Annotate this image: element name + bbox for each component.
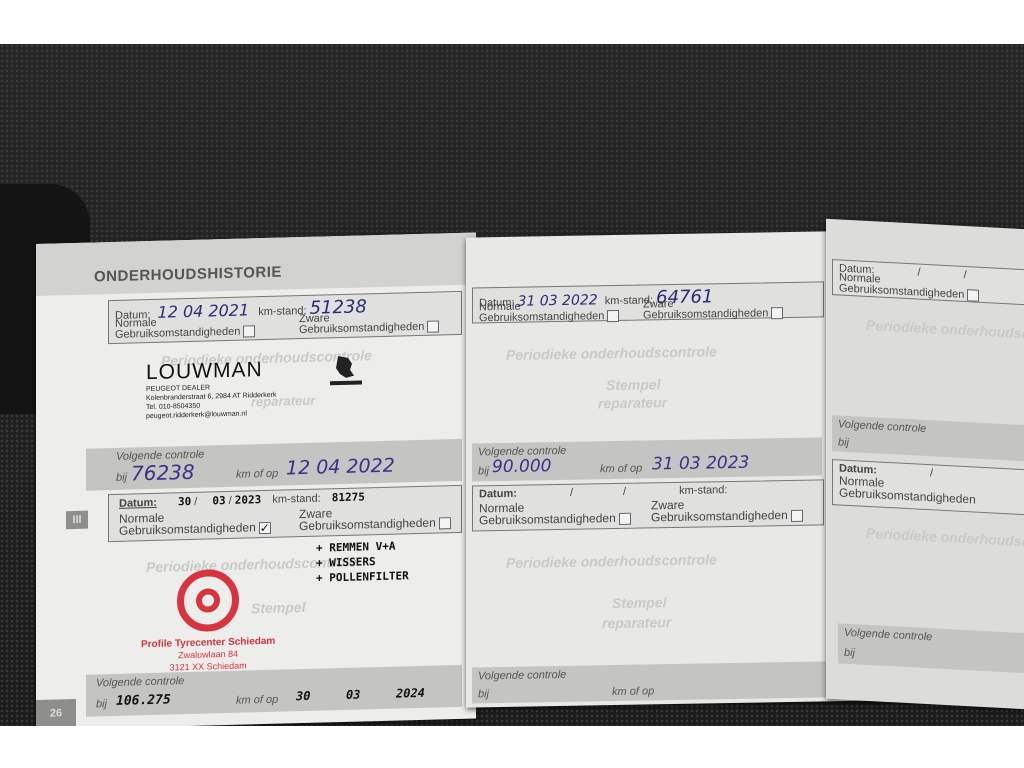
- periodiek-ghost: Periodieke onderhoudscontrole: [506, 551, 717, 571]
- normale-checkbox[interactable]: [967, 289, 979, 302]
- entry-empty-middle: Datum: // km-stand: Normale Gebruiksomst…: [472, 479, 824, 531]
- normale-checkbox-checked[interactable]: ✓: [259, 522, 271, 534]
- datum-label: Datum:: [479, 488, 517, 501]
- stempel-ghost: Stempel: [606, 376, 660, 393]
- page-number: 26: [36, 699, 76, 726]
- zware-checkbox[interactable]: [771, 307, 783, 319]
- bij-label: bij: [478, 465, 489, 477]
- bij-label: bij: [478, 688, 489, 700]
- datum-label: Datum:: [119, 497, 157, 510]
- zware-checkbox[interactable]: [427, 320, 439, 332]
- periodiek-ghost: Periodieke onderhoudscontrole: [506, 343, 717, 363]
- periodiek-ghost: Periodieke onderhoudscontrole: [866, 317, 1024, 344]
- entry-empty-right-bottom: Datum: / Normale Gebruiksomstandigheden: [832, 459, 1024, 515]
- entry-2023: Datum: 30 / 03 / 2023 km-stand: 81275 No…: [108, 485, 462, 542]
- right-page: Datum: / / Normale Gebruiksomstandighede…: [826, 219, 1024, 709]
- next-km: 106.275: [116, 692, 171, 708]
- bij-label: bij: [838, 436, 849, 449]
- profile-logo-icon: [177, 569, 239, 633]
- entry-day: 30: [178, 495, 191, 508]
- reparateur-ghost: reparateur: [598, 394, 667, 411]
- km-of-op-label: km of op: [600, 463, 642, 476]
- next-year: 2024: [396, 686, 425, 701]
- next-check-right-top: Volgende controle bij: [832, 415, 1024, 461]
- km-of-op-label: km of op: [612, 685, 654, 698]
- section-tab: III: [66, 511, 88, 530]
- gebruik-label: Gebruiksomstandigheden: [839, 485, 976, 506]
- maintenance-booklet: ONDERHOUDSHISTORIE Datum: 12 04 2021 km-…: [36, 204, 1024, 726]
- reparateur-ghost: reparateur: [251, 393, 315, 410]
- dealer-name: LOUWMAN: [146, 358, 276, 385]
- gebruik-label: Gebruiksomstandigheden: [479, 511, 616, 527]
- entry-month: 03: [212, 494, 225, 507]
- next-km: 90.000: [492, 456, 551, 477]
- middle-page: Datum: 31 03 2022 km-stand: 64761 Normal…: [466, 230, 882, 707]
- normale-checkbox[interactable]: [619, 513, 631, 525]
- gebruik-label: Gebruiksomstandigheden: [643, 307, 768, 321]
- entry-year: 2023: [235, 493, 262, 507]
- entry-km: 81275: [332, 490, 365, 504]
- page-header: ONDERHOUDSHISTORIE: [36, 232, 476, 296]
- gebruik-label: Gebruiksomstandigheden: [115, 326, 240, 341]
- entry-empty-right-top: Datum: / / Normale Gebruiksomstandighede…: [832, 259, 1024, 305]
- bij-label: bij: [844, 647, 855, 660]
- volgende-label: Volgende controle: [838, 418, 926, 435]
- next-check-empty: Volgende controle bij km of op: [472, 661, 842, 703]
- gebruik-label: Gebruiksomstandigheden: [299, 516, 436, 534]
- bij-label: bij: [116, 472, 127, 484]
- next-month: 03: [346, 688, 360, 702]
- normale-checkbox[interactable]: [243, 325, 255, 337]
- next-check-2023: Volgende controle bij 106.275 km of op 3…: [86, 665, 462, 717]
- gebruik-label: Gebruiksomstandigheden: [651, 508, 788, 524]
- zware-checkbox[interactable]: [439, 517, 451, 529]
- note-line: + POLLENFILTER: [316, 568, 409, 585]
- volgende-label: Volgende controle: [844, 627, 932, 644]
- volgende-label: Volgende controle: [96, 675, 184, 689]
- next-day: 30: [296, 689, 310, 703]
- km-of-op-label: km of op: [236, 468, 278, 481]
- stempel-ghost: Stempel: [612, 594, 666, 611]
- entry-2021: Datum: 12 04 2021 km-stand: 51238 Normal…: [108, 291, 462, 344]
- zware-checkbox[interactable]: [791, 510, 803, 522]
- profile-tyrecenter-stamp: Profile Tyrecenter Schiedam Zwaluwlaan 8…: [141, 568, 275, 687]
- next-km: 76238: [131, 460, 195, 486]
- next-check-2021: Volgende controle bij 76238 km of op 12 …: [86, 439, 462, 491]
- bij-label: bij: [96, 698, 107, 710]
- peugeot-lion-icon: [326, 353, 366, 388]
- left-page: ONDERHOUDSHISTORIE Datum: 12 04 2021 km-…: [36, 232, 476, 726]
- next-date: 31 03 2023: [652, 453, 749, 475]
- periodiek-ghost: Periodieke onderhoudscontrole: [866, 525, 1024, 552]
- next-check-2022: Volgende controle bij 90.000 km of op 31…: [472, 437, 822, 481]
- service-notes: + REMMEN V+A + WISSERS + POLLENFILTER: [316, 538, 409, 585]
- next-date: 12 04 2022: [286, 455, 395, 480]
- next-check-right-bottom: Volgende controle bij: [838, 623, 1024, 673]
- louwman-stamp: LOUWMAN PEUGEOT DEALER Kolenbranderstraa…: [146, 358, 276, 421]
- entry-2022: Datum: 31 03 2022 km-stand: 64761 Normal…: [472, 281, 824, 323]
- note-line: + REMMEN V+A: [316, 538, 409, 555]
- gebruik-label: Gebruiksomstandigheden: [299, 321, 424, 336]
- km-stand-label: km-stand:: [272, 493, 320, 506]
- gebruik-label: Gebruiksomstandigheden: [119, 520, 256, 538]
- volgende-label: Volgende controle: [478, 669, 566, 683]
- page-title: ONDERHOUDSHISTORIE: [94, 264, 282, 286]
- km-stand-label: km-stand:: [679, 484, 727, 497]
- km-of-op-label: km of op: [236, 694, 278, 707]
- bottom-margin: [0, 726, 1024, 768]
- gebruik-label: Gebruiksomstandigheden: [479, 310, 604, 324]
- photo: ONDERHOUDSHISTORIE Datum: 12 04 2021 km-…: [0, 44, 1024, 726]
- reparateur-ghost: reparateur: [602, 614, 671, 631]
- gebruik-label: Gebruiksomstandigheden: [839, 282, 964, 301]
- normale-checkbox[interactable]: [607, 310, 619, 322]
